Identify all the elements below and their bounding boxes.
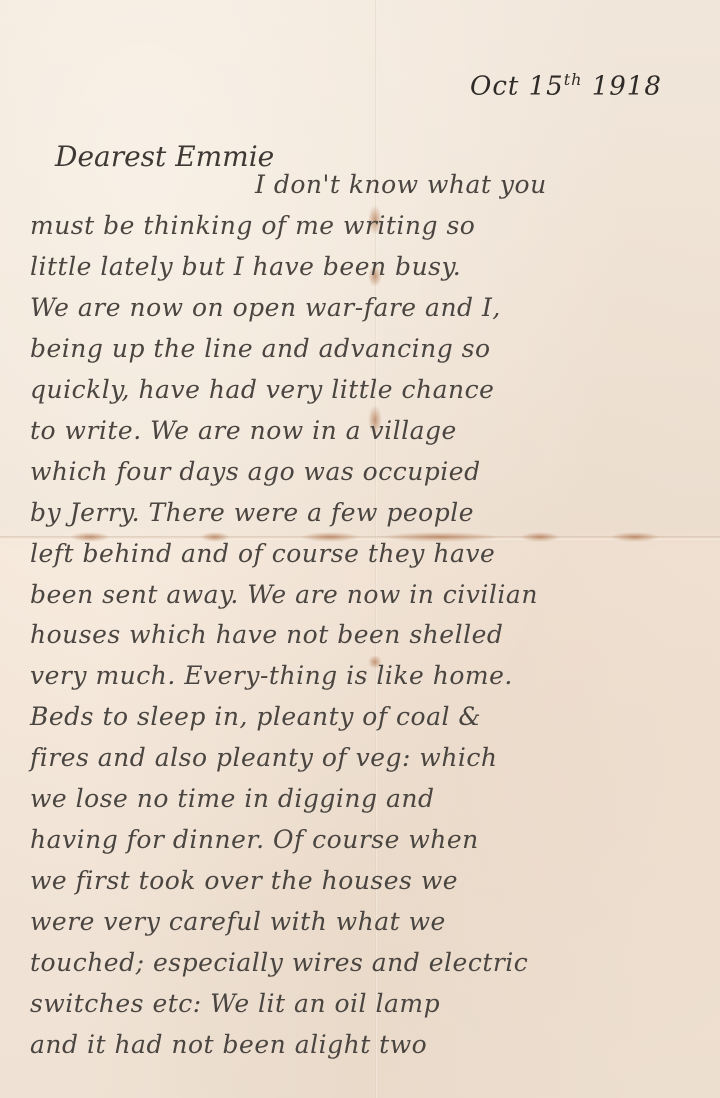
- letter-line: been sent away. We are now in civilian: [30, 580, 538, 609]
- letter-line: little lately but I have been busy.: [30, 252, 461, 281]
- date-suffix: th: [564, 70, 583, 89]
- letter-line: which four days ago was occupied: [30, 457, 481, 486]
- letter-line: quickly, have had very little chance: [30, 375, 494, 404]
- letter-line: Beds to sleep in, pleanty of coal &: [30, 702, 481, 731]
- letter-line: we lose no time in digging and: [30, 784, 434, 813]
- letter-line: by Jerry. There were a few people: [30, 498, 474, 527]
- letter-line: I don't know what you: [255, 170, 547, 199]
- letter-line: being up the line and advancing so: [30, 334, 491, 363]
- letter-date: Oct 15th 1918: [470, 70, 662, 102]
- letter-line: We are now on open war-fare and I,: [30, 293, 501, 322]
- letter-line: we first took over the houses we: [30, 866, 458, 895]
- letter-line: touched; especially wires and electric: [30, 948, 528, 977]
- letter-line: having for dinner. Of course when: [30, 825, 479, 854]
- letter-line: and it had not been alight two: [30, 1030, 427, 1059]
- letter-line: houses which have not been shelled: [30, 620, 503, 649]
- letter-line: very much. Every-thing is like home.: [30, 661, 513, 690]
- date-month-day: Oct 15: [470, 72, 564, 102]
- letter-line: left behind and of course they have: [30, 539, 495, 568]
- letter-line: fires and also pleanty of veg: which: [30, 743, 498, 772]
- letter-line: must be thinking of me writing so: [30, 211, 475, 240]
- letter-line: switches etc: We lit an oil lamp: [30, 989, 440, 1018]
- salutation: Dearest Emmie: [55, 140, 274, 173]
- letter-body: Oct 15th 1918 Dearest Emmie I don't know…: [0, 0, 720, 1098]
- letter-line: to write. We are now in a village: [30, 416, 457, 445]
- date-year: 1918: [592, 72, 662, 102]
- letter-line: were very careful with what we: [30, 907, 446, 936]
